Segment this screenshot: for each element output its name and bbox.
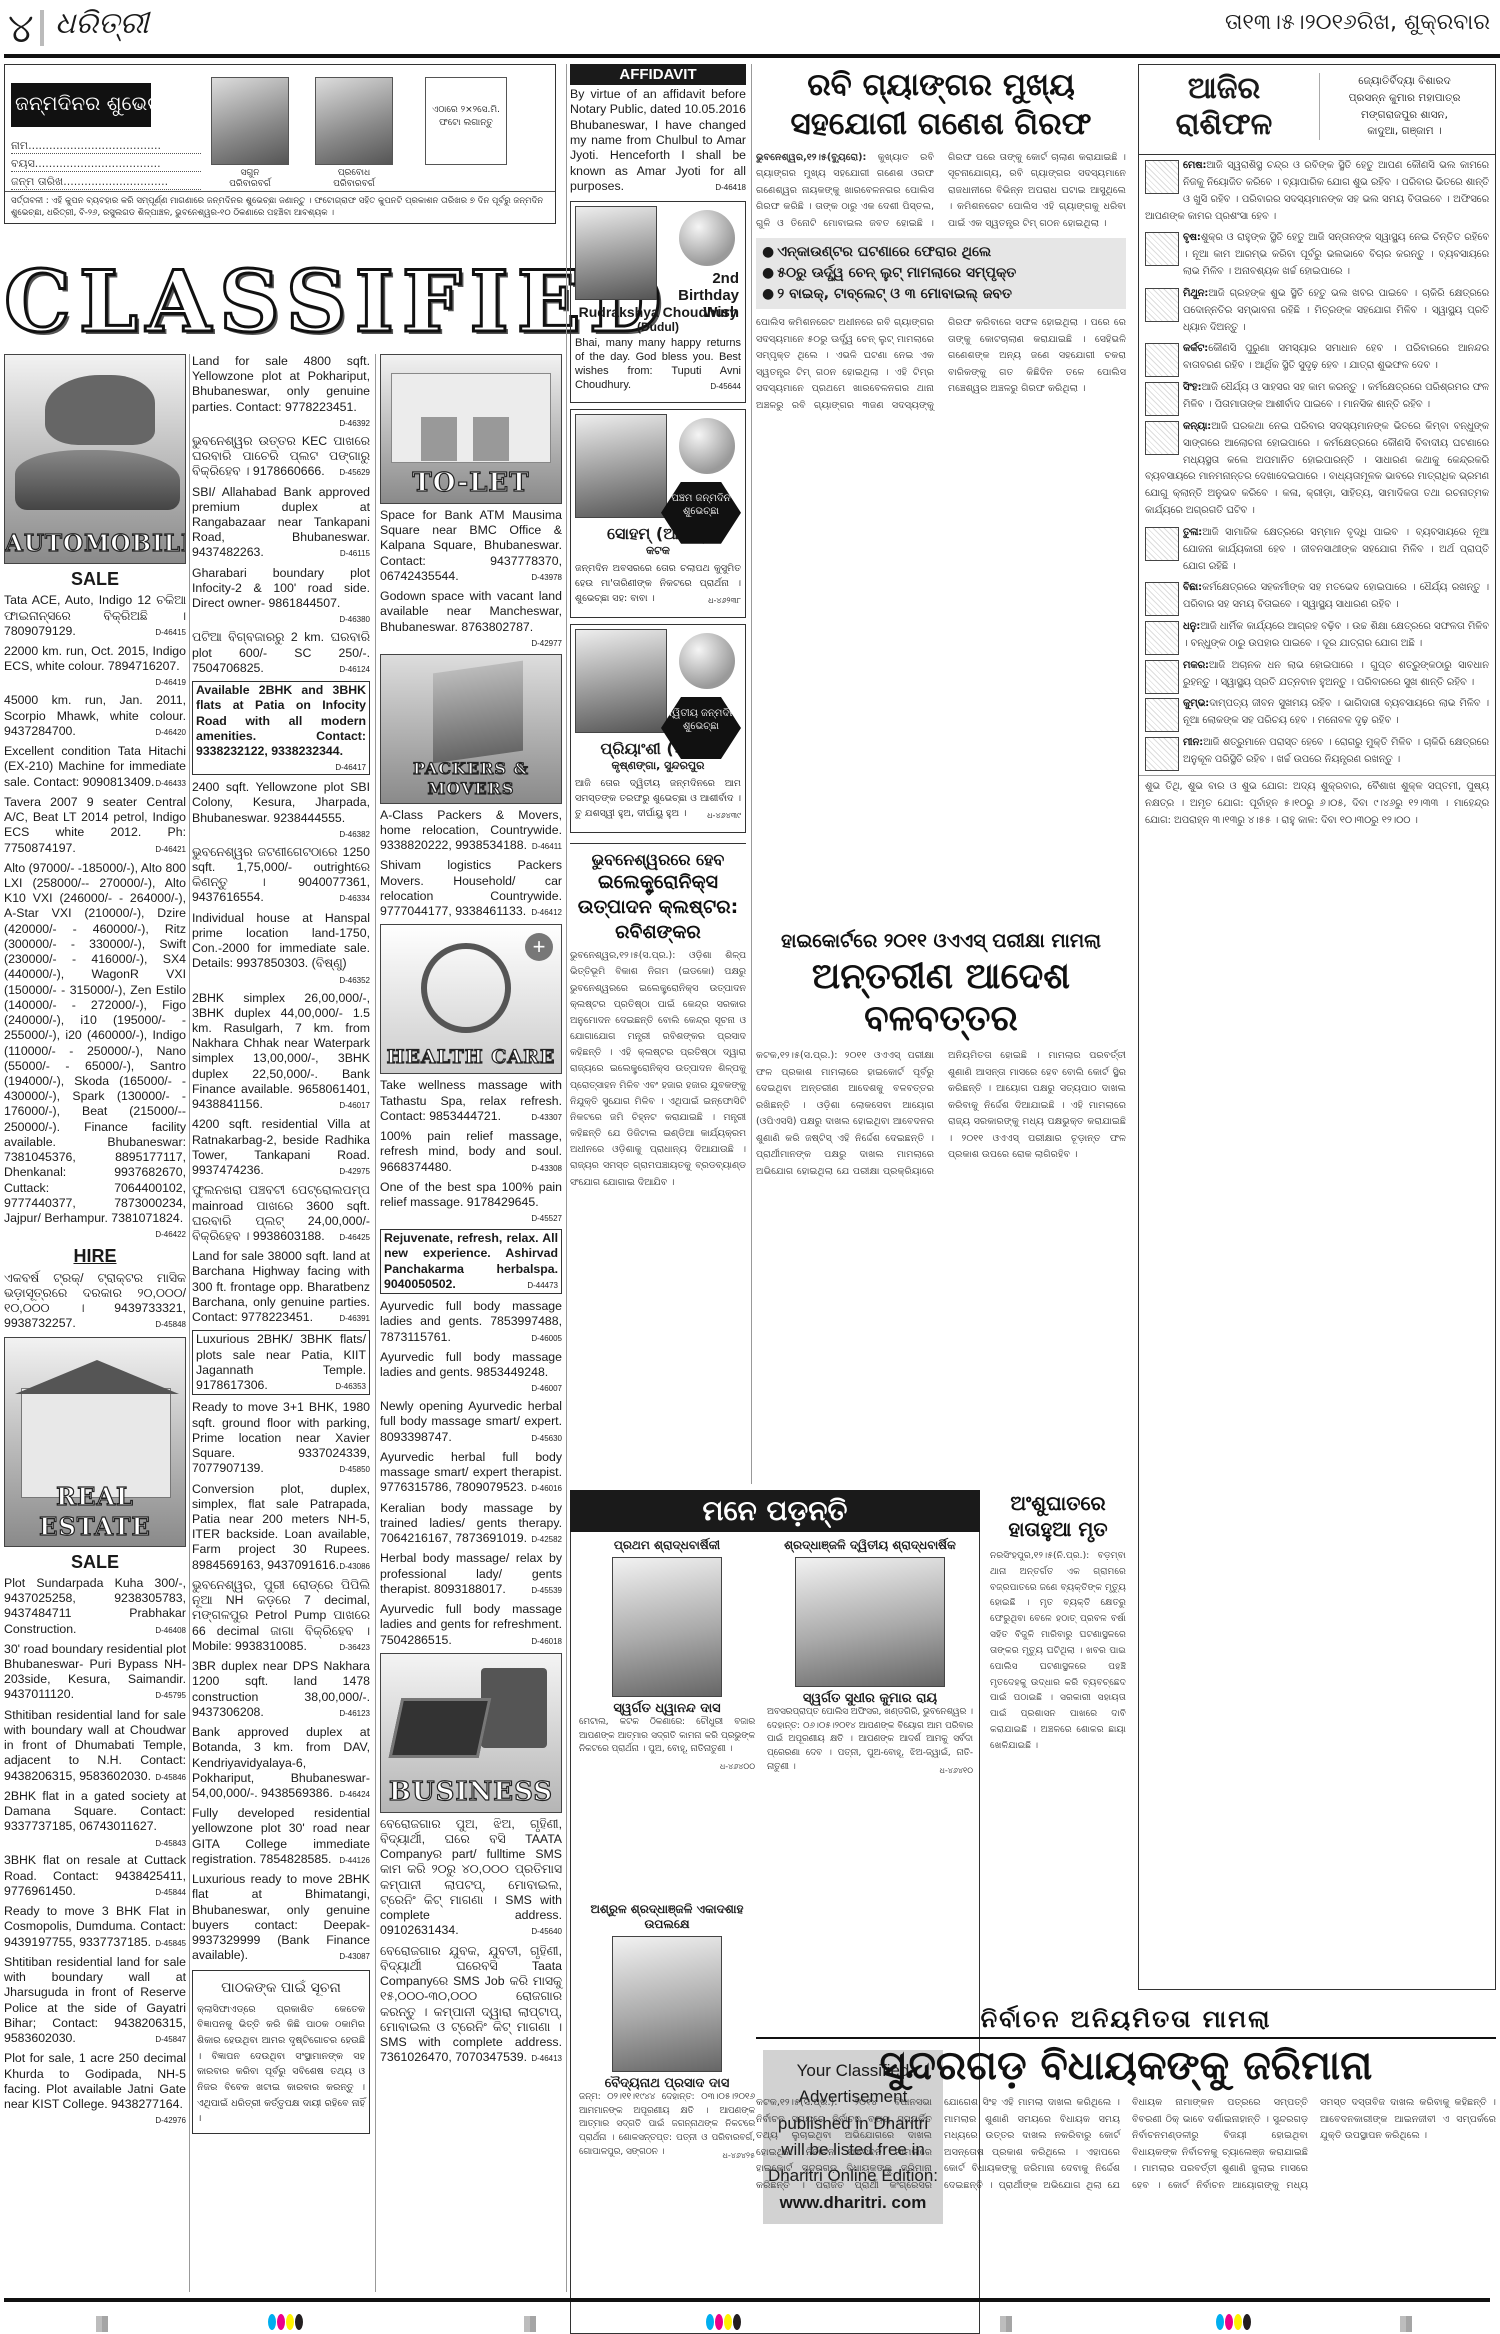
birthday-message: ଜନ୍ମଦିନ ଅବସରରେ ତୋର ଚଲାପଥ କୁସୁମିତ ହେଉ ମା'… [575,561,741,608]
story-headline: ସୁନ୍ଦରଗଡ଼ ବିଧାୟକଙ୍କୁ ଜରିମାନା [756,2037,1496,2089]
classified-ad: One of the best spa 100% pain relief mas… [380,1180,562,1224]
lead-story: ରବି ଗ୍ୟାଙ୍ଗର ମୁଖ୍ୟ ସହଯୋଗୀ ଗଣେଶ ଗିରଫ ଭୁବନ… [756,66,1126,414]
cmyk-registration-dots [268,2314,303,2330]
story-body-continued: ପୋଲିସ କମିଶନରେଟ ଅଧୀନରେ ରବି ଗ୍ୟାଙ୍ଗର ସଦସ୍ୟ… [756,315,1126,414]
classified-ad: A-Class Packers & Movers, home relocatio… [380,808,562,854]
business-banner: BUSINESS [380,1653,562,1813]
affidavit-text: By virtue of an affidavit before Notary … [570,87,746,195]
garage-door [473,417,509,461]
memorial-text: ମେଟାଲ, କଟକ ଠିକଣାରେ: ଚୌଧୁରୀ ବଜାର ଆପଣଙ୍କ ଆ… [579,1716,755,1773]
horoscope-cancer: କର୍କଟ:କୌଣସି ପୁରୁଣା ସମସ୍ୟାର ସମାଧାନ ହେବ । … [1139,338,1495,377]
classified-ad: Ready to move 3 BHK Flat in Cosmopolis, … [4,1904,186,1950]
birthday-wish-card: ପଞ୍ଚମ ଜନ୍ମଦିନ ଶୁଭେଚ୍ଛା ସୋହମ୍ (ଆରବ୍) କଟକ … [570,409,746,618]
birthday-place: କୃଷ୍ଣଙ୍ଗା, ସୁନ୍ଦରପୁର [575,759,741,773]
banner-label: HEALTH CARE [381,1046,561,1070]
registration-mark [524,2316,536,2332]
classified-ad: Keralian body massage by trained ladies/… [380,1501,562,1547]
classified-ad: Shtitiban residential land for sale with… [4,1955,186,2046]
classified-ad: ଭୁବନେଶ୍ୱର ଉତ୍ତର KEC ପାଖରେ ଘରବାରି ପାଚେରି … [192,434,370,480]
stethoscope-icon [421,943,511,1033]
crab-icon [1145,343,1179,377]
classified-ad: Tavera 2007 9 seater Central A/C, Beat L… [4,795,186,856]
to-let-banner: TO-LET [380,354,562,504]
story-headline: ଅନ୍ତରୀଣ ଆଦେଶ ବଳବତ୍ତର [756,956,1126,1040]
memorial-text: ଜନ୍ମ: ୦୨।୧୧।୧୯୪୪ ଦେହାନ୍ତ: ୦୩।୦୫।୨୦୧୬ ଆମମ… [579,2091,755,2162]
memorial-caption: ପ୍ରଥମ ଶ୍ରାଦ୍ଧବାର୍ଷିକୀ [579,1538,755,1553]
horoscope-leo: ସିଂହ:ଆଜି ଧୈର୍ଯ୍ୟ ଓ ସାହସର ସହ କାମ କରନ୍ତୁ ।… [1139,377,1495,416]
water-bearer-icon [1145,698,1179,732]
classified-ad-boxed: Rejuvenate, refresh, relax. All new expe… [380,1229,562,1294]
roof-icon [15,1360,179,1394]
memorial-entry: ଅଶ୍ରୁଳ ଶ୍ରଦ୍ଧାଞ୍ଜଳି ଏକାଦଶାହ ଉପଲକ୍ଷେ ବୈଦ୍… [579,1902,755,2167]
classified-ad: ଭୁବନେଶ୍ୱର, ପୁରୀ ରୋଡ୍‌ରେ ପିପିଲି ନୂଆ NH କଡ… [192,1578,370,1654]
horoscope-aquarius: କୁମ୍ଭ:ଦାମ୍ପତ୍ୟ ଜୀବନ ସୁଖମୟ ରହିବ । ଭାଗିଦାର… [1139,693,1495,732]
classified-ad: Excellent condition Tata Hitachi (EX-210… [4,744,186,790]
birthday-message: ଆଜି ତୋର ଦ୍ୱିତୀୟ ଜନ୍ମଦିନରେ ଆମ ସମସ୍ତଙ୍କ ତର… [575,776,741,823]
classified-ad: Godown space with vacant land available … [380,589,562,649]
side-story: ଭୁବନେଶ୍ୱରରେ ହେବ ଇଲେକ୍ଟ୍ରୋନିକ୍ସ ଉତ୍ପାଦନ କ… [570,843,746,1191]
memorial-name: ସ୍ୱର୍ଗତ ଧ୍ୱାନନ୍ଦ ଦାସ [579,1701,755,1716]
column-divider [375,354,376,2292]
classified-ad: Luxurious ready to move 2BHK flat at Bhi… [192,1872,370,1963]
memorial-header: ମନେ ପଡ଼ନ୍ତି [570,1490,980,1532]
twins-icon [1145,288,1179,322]
birthday-badge: 2ndBirthdayWish [678,270,739,322]
banner-label: TO-LET [381,467,561,499]
horoscope-title: ଆଜିରରାଶିଫଳ [1149,71,1299,143]
story-headline: ଇଲେକ୍ଟ୍ରୋନିକ୍ସ ଉତ୍ପାଦନ କ୍ଲଷ୍ଟର: ରବିଶଙ୍କର [570,870,746,944]
real-estate-banner: REAL ESTATE [4,1337,186,1547]
automobile-banner: AUTOMOBILE [4,354,186,564]
masthead-rule [4,54,1500,58]
classified-ad: Ayurvedic full body massage ladies and g… [380,1350,562,1394]
health-care-banner: + HEALTH CARE [380,924,562,1074]
horoscope-taurus: ବୃଷ:ଶୁକ୍ର ଓ ରାହୁଙ୍କ ସ୍ଥିତି ହେତୁ ଆଜି ସନ୍ତ… [1139,227,1495,283]
classified-ad: Ready to move 3+1 BHK, 1980 sqft. ground… [192,1400,370,1476]
classified-ad: Shivam logistics Packers Movers. Househo… [380,858,562,919]
classified-ad: Individual house at Hanspal prime locati… [192,911,370,986]
story-kicker: ହାଇକୋର୍ଟରେ ୨୦୧୧ ଓଏଏସ୍ ପରୀକ୍ଷା ମାମଲା [756,930,1126,952]
archer-icon [1145,621,1179,655]
house-icon [21,1388,171,1498]
horoscope-scorpio: ବିଛା:କର୍ମକ୍ଷେତ୍ରରେ ସହକର୍ମୀଙ୍କ ସହ ମତଭେଦ ହ… [1139,577,1495,616]
coupon-photo-child [211,77,289,165]
section-heading: SALE [4,1551,186,1573]
goat-icon [1145,660,1179,694]
balloon-icon [679,418,735,474]
plus-icon: + [525,933,553,961]
section-heading: HIRE [4,1245,186,1267]
memorial-entry: ଶ୍ରଦ୍ଧାଞ୍ଜଳି ଦ୍ୱିତୀୟ ଶ୍ରାଦ୍ଧବାର୍ଷିକ ସ୍ୱର… [767,1538,973,1782]
footer-rule [4,2298,1490,2302]
classified-ad: Tata ACE, Auto, Indigo 12 ଚକିଆ ଫାଇନାନ୍ସର… [4,593,186,639]
scorpion-icon [1145,582,1179,616]
page-number: ୪ [8,6,34,52]
personal-notices-column: AFFIDAVIT By virtue of an affidavit befo… [570,64,746,1191]
classified-ad-boxed: Luxurious 2BHK/ 3BHK flats/ plots sale n… [192,1330,370,1395]
memorial-entry: ପ୍ରଥମ ଶ୍ରାଦ୍ଧବାର୍ଷିକୀ ସ୍ୱର୍ଗତ ଧ୍ୱାନନ୍ଦ ଦ… [579,1538,755,1778]
highlight-item: ୫୦ରୁ ଊର୍ଦ୍ଧ୍ୱ ଚେନ୍ ଲୁଟ୍ ମାମଲାରେ ସମ୍ପୃକ୍ତ [762,263,1120,284]
story-body: କଟକ,୧୨।୫(ସ.ପ୍ର.): ୨୦୧୧ ଓଏଏସ୍ ପରୀକ୍ଷା ଫଳ … [756,1048,1126,1180]
classified-ad: Land for sale 4800 sqft. Yellowzone plot… [192,354,370,429]
column-divider [189,354,190,2292]
banner-label: PACKERS & MOVERS [381,759,561,799]
lightning-story: ଅଂଶୁଘାତରେ ହାତାହୁଆ ମୃତ ନରସିଂହପୁର,୧୨।୫(ନି.… [990,1490,1126,1754]
birthday-wish-card: 2ndBirthdayWish Rudrakshya Choudhury (Du… [570,201,746,403]
horoscope-sagittarius: ଧନୁ:ଆଜି ଧାର୍ମିକ କାର୍ଯ୍ୟରେ ଆଗ୍ରହ ବଢ଼ିବ । … [1139,616,1495,655]
story-body: କଟକ,୧୨।୫(ସ.ପ୍ର.): ୨୦୧୪ ବିଧାନସଭା ନିର୍ବାଚନ… [756,2095,1496,2194]
birthday-place: କଟକ [575,544,741,558]
child-photo [575,414,667,518]
horoscope-virgo: କନ୍ୟା:ଆଜି ଘରକଥା ନେଇ ପରିବାର ସଦସ୍ୟମାନଙ୍କ ଭ… [1139,416,1495,522]
maiden-icon [1145,421,1179,455]
coupon-name-field[interactable]: ନାମ.....................................… [11,139,201,154]
affidavit-heading: AFFIDAVIT [570,64,746,85]
truck-icon [433,660,523,763]
highlight-item: ୨ ବାଇକ୍, ଟାବ୍‌ଲେଟ୍ ଓ ୩ ମୋବାଇଲ୍ ଜବତ [762,284,1120,305]
classified-ad: 2BHK simplex 26,00,000/-, 3BHK duplex 44… [192,991,370,1113]
horoscope-header: ଆଜିରରାଶିଫଳ ଜ୍ୟୋତିର୍ବିଦ୍ୟା ବିଶାରଦ ପ୍ରସନ୍ନ… [1139,65,1495,155]
astrologer-credit: ଜ୍ୟୋତିର୍ବିଦ୍ୟା ବିଶାରଦ ପ୍ରସନ୍ନ କୁମାର ମହାପ… [1319,73,1489,140]
car-icon [15,450,180,510]
notice-title: ପାଠକଙ୍କ ପାଇଁ ସୂଚନା [197,1977,365,2000]
classified-ad: Ayurvedic full body massage ladies and g… [380,1602,562,1648]
classified-ad: Take wellness massage with Tathastu Spa,… [380,1078,562,1124]
classified-ad: Ayurvedic herbal full body massage smart… [380,1450,562,1496]
classified-ad: 30' road boundary residential plot Bhuba… [4,1642,186,1703]
memorial-photo [795,1557,945,1687]
coupon-title: ଜନ୍ମଦିନର ଶୁଭେଚ୍ଛା [11,83,151,127]
classified-ad: SBI/ Allahabad Bank approved premium dup… [192,485,370,561]
coupon-age-field[interactable]: ବୟସ.................................... [11,157,201,172]
classified-ad: Plot Sundarpada Kuha 300/-, 9437025258, … [4,1576,186,1637]
memorial-photo [612,1936,722,2072]
story-headline: ରବି ଗ୍ୟାଙ୍ଗର ମୁଖ୍ୟ ସହଯୋଗୀ ଗଣେଶ ଗିରଫ [756,66,1126,144]
coupon-photo-caption: ସଗୁନପରିବାରବର୍ଗ [210,168,290,191]
classified-ad: Alto (97000/- -185000/-), Alto 800 LXI (… [4,861,186,1241]
classified-ad: Herbal body massage/ relax by profession… [380,1551,562,1597]
classified-ad: ଫୁଲନଖରା ପଞ୍ଚବଟୀ ପେଟ୍ରୋଲପମ୍ପ mainroad ପାଖ… [192,1183,370,1244]
classified-ad: Plot for sale, 1 acre 250 decimal Khurda… [4,2051,186,2126]
story-headline: ଅଂଶୁଘାତରେ ହାତାହୁଆ ମୃତ [990,1490,1126,1542]
balloon-icon [679,210,735,266]
house-icon [391,373,551,463]
high-court-story: ହାଇକୋର୍ଟରେ ୨୦୧୧ ଓଏଏସ୍ ପରୀକ୍ଷା ମାମଲା ଅନ୍ତ… [756,930,1126,1180]
garage-door [421,417,457,461]
cmyk-registration-dots [706,2314,741,2330]
memorial-name: ବୈଦ୍ୟନାଥ ପ୍ରସାଦ ଦାସ [579,2076,755,2091]
birthday-message: Bhai, many many happy returns of the day… [575,336,741,393]
memorial-grid: ପ୍ରଥମ ଶ୍ରାଦ୍ଧବାର୍ଷିକୀ ସ୍ୱର୍ଗତ ଧ୍ୱାନନ୍ଦ ଦ… [570,1532,980,2334]
motorbike-icon [45,375,155,445]
memorial-caption: ଅଶ୍ରୁଳ ଶ୍ରଦ୍ଧାଞ୍ଜଳି ଏକାଦଶାହ ଉପଲକ୍ଷେ [579,1902,755,1932]
packers-movers-banner: PACKERS & MOVERS [380,654,562,804]
classified-ad-boxed: Available 2BHK and 3BHK flats at Patia o… [192,681,370,775]
classified-ad: 100% pain relief massage, refresh mind, … [380,1129,562,1175]
column-divider [566,64,567,2292]
memorial-photo [612,1557,722,1697]
reader-notice: ପାଠକଙ୍କ ପାଇଁ ସୂଚନା କ୍ଲାସିଫାଏଡ୍‌ରେ ପ୍ରକାଶ… [192,1970,370,2134]
ram-icon [1145,160,1179,194]
highlight-item: ଏନ୍‌କାଉଣ୍ଟର ଘଟଣାରେ ଫେରାର ଥିଲେ [762,242,1120,263]
coupon-photo-man [315,77,393,165]
child-photo [575,206,657,300]
auspicious-timings: ଶୁଭ ତିଥି, ଶୁଭ ବାର ଓ ଶୁଭ ଯୋଗ: ଅଦ୍ୟ ଶୁକ୍ରବ… [1139,775,1495,832]
classified-ad: 3BR duplex near DPS Nakhara 1200 sqft. l… [192,1659,370,1720]
classified-ad: Space for Bank ATM Mausima Square near B… [380,508,562,584]
fish-icon [1145,737,1179,771]
child-photo [575,629,667,733]
lion-icon [1145,382,1179,416]
story-kicker: ନିର୍ବାଚନ ଅନିୟମିତତା ମାମଲା [756,2005,1496,2033]
classified-ad: Conversion plot, duplex, simplex, flat s… [192,1482,370,1573]
classified-ad: ବେରୋଜଗାର ଯୁବକ, ଯୁବତୀ, ଗୃହିଣୀ, ବିଦ୍ୟାର୍ଥୀ… [380,1944,562,2066]
photo-placeholder-box: ଏଠାରେ ୨×୨ସେ.ମି. ଫଟୋ ଲଗାନ୍ତୁ [425,77,507,165]
story-body: ଭୁବନେଶ୍ୱର,୧୨।୫(ବ୍ୟୁରୋ): କୁଖ୍ୟାତ ରବି ଗ୍ୟା… [756,150,1126,233]
horoscope-libra: ତୁଳା:ଆଜି ସାମାଜିକ କ୍ଷେତ୍ରରେ ସମ୍ମାନ ବୃଦ୍ଧି… [1139,522,1495,578]
coupon-terms: ସର୍ତ୍ତାବଳୀ : ଏହି କୁପନ ବ୍ୟବହାର କରି ସମ୍ପୂର… [5,191,555,223]
classified-ad: 22000 km. run, Oct. 2015, Indigo ECS, wh… [4,644,186,688]
horoscope-capricorn: ମକର:ଆଜି ଅଚାନକ ଧନ ଲାଭ ହୋଇପାରେ । ଗୁପ୍ତ ଶତ୍… [1139,655,1495,694]
registration-mark [96,2316,108,2332]
balloon-icon [679,633,735,689]
horoscope-pisces: ମୀନ:ଆଜି ଶତ୍ରୁମାନେ ପରାସ୍ତ ହେବେ । ରୋଗରୁ ମୁ… [1139,732,1495,771]
birthday-nickname: (Dudul) [575,320,741,334]
birthday-coupon: ଜନ୍ମଦିନର ଶୁଭେଚ୍ଛା ନାମ...................… [4,64,556,224]
classified-ad: 45000 km. run, Jan. 2011, Scorpio Mhawk,… [4,693,186,739]
registration-mark [1400,2316,1412,2332]
cmyk-registration-dots [1216,2314,1251,2330]
banner-label: AUTOMOBILE [5,530,185,559]
masthead-divider [40,10,44,46]
registration-mark [1000,2316,1012,2332]
memorial-caption: ଶ୍ରଦ୍ଧାଞ୍ଜଳି ଦ୍ୱିତୀୟ ଶ୍ରାଦ୍ଧବାର୍ଷିକ [767,1538,973,1553]
notice-text: କ୍ଲାସିଫାଏଡ୍‌ରେ ପ୍ରକାଶିତ କେତେକ ବିଜ୍ଞାପନକୁ… [197,2002,365,2127]
classified-ad: 3BHK flat on resale at Cuttack Road. Con… [4,1853,186,1899]
classified-ad: 2BHK flat in a gated society at Damana S… [4,1789,186,1849]
memorial-section: ମନେ ପଡ଼ନ୍ତି ପ୍ରଥମ ଶ୍ରାଦ୍ଧବାର୍ଷିକୀ ସ୍ୱର୍ଗ… [570,1490,980,2334]
banner-label: REAL ESTATE [5,1482,185,1542]
classified-ad: ଏକବର୍ଷ ଟ୍ରକ୍/ ଟ୍ରାକ୍ଟର ମାସିକ ଭଡ଼ାସୂତ୍ରରେ… [4,1271,186,1332]
classified-ad: ଭୁବନେଶ୍ୱର ଜଟଣୀଗେଟଠାରେ 1250 sqft. 1,75,00… [192,845,370,906]
classified-ad: Gharabari boundary plot Infocity-2 & 100… [192,566,370,626]
memorial-name: ସ୍ୱର୍ଗତ ସୁଧୀର କୁମାର ରାୟ [767,1691,973,1706]
classified-column-2: Land for sale 4800 sqft. Yellowzone plot… [192,354,370,2134]
classified-ad: 4200 sqft. residential Villa at Ratnakar… [192,1117,370,1178]
memorial-text: ଅବସରପ୍ରାପ୍ତ ପୋଲିସ ଅଫିସର, ଖଣ୍ଡଗିରି, ଭୁବନେ… [767,1706,973,1777]
classified-ad: 2400 sqft. Yellowzone plot SBI Colony, K… [192,780,370,840]
classified-ad: Bank approved duplex at Botanda, 3 km. f… [192,1725,370,1801]
classified-ad: Fully developed residential yellowzone p… [192,1806,370,1867]
laptop-icon [389,1698,492,1758]
horoscope-panel: ଆଜିରରାଶିଫଳ ଜ୍ୟୋତିର୍ବିଦ୍ୟା ବିଶାରଦ ପ୍ରସନ୍ନ… [1138,64,1496,1990]
bottom-story: ନିର୍ବାଚନ ଅନିୟମିତତା ମାମଲା ସୁନ୍ଦରଗଡ଼ ବିଧାୟ… [756,2005,1496,2194]
section-heading: SALE [4,568,186,590]
coupon-dob-field[interactable]: ଜନ୍ମ ତାରିଖ.............................. [11,175,201,190]
scales-icon [1145,527,1179,561]
column-divider [751,64,752,1484]
dharitri-url[interactable]: www.dharitri. com [780,2193,927,2212]
classified-ad: Land for sale 38000 sqft. land at Barcha… [192,1249,370,1325]
horoscope-gemini: ମିଥୁନ:ଆଜି ଗ୍ରହଙ୍କ ଶୁଭ ସ୍ଥିତି ହେତୁ ଭଲ ଖବର… [1139,283,1495,339]
classified-column-3: TO-LET Space for Bank ATM Mausima Square… [380,354,562,2070]
bull-icon [1145,232,1179,266]
banner-label: BUSINESS [381,1776,561,1808]
story-highlights: ଏନ୍‌କାଉଣ୍ଟର ଘଟଣାରେ ଫେରାର ଥିଲେ ୫୦ରୁ ଊର୍ଦ୍… [756,238,1126,309]
story-body: ଭୁବନେଶ୍ୱର,୧୨।୫(ସ.ପ୍ର.): ଓଡ଼ିଶା ଶିଳ୍ପ ଭିତ… [570,948,746,1191]
classified-column-1: AUTOMOBILE SALE Tata ACE, Auto, Indigo 1… [4,354,186,2131]
classified-logo: CLASSIFIED [4,252,560,348]
horoscope-aries: ମେଷ:ଆଜି ସ୍ୱରାଶିସ୍ଥ ଚନ୍ଦ୍ର ଓ ରବିଙ୍କ ସ୍ଥିତ… [1139,155,1495,227]
newspaper-logo: ଧରିତ୍ରୀ [55,6,149,41]
coupon-photo-caption: ପ୍ରବୋଧପରିବାରବର୍ଗ [314,168,394,191]
issue-date: ତା୧୩।୫।୨୦୧୬ରିଖ, ଶୁକ୍ରବାର [1225,10,1490,35]
briefcase-icon [481,1668,547,1748]
classified-ad: Sthitiban residential land for sale with… [4,1708,186,1784]
classified-ad: Ayurvedic full body massage ladies and g… [380,1299,562,1345]
story-kicker: ଭୁବନେଶ୍ୱରରେ ହେବ [570,850,746,870]
story-body: ନରସିଂହପୁର,୧୨।୫(ନି.ପ୍ର.): ବଡ଼ମ୍ବା ଥାନା ଅନ… [990,1548,1126,1754]
classified-ad: Newly opening Ayurvedic herbal full body… [380,1399,562,1445]
classified-ad: ବେରୋଜଗାର ପୁଅ, ଝିଅ, ଗୃହିଣୀ, ବିଦ୍ୟାର୍ଥୀ, ଘ… [380,1817,562,1939]
classified-ad: ପଟିଆ ବିଗ୍‌ବଜାରରୁ 2 km. ଘରବାରି plot 600/-… [192,630,370,676]
birthday-wish-card: ଦ୍ୱିତୀୟ ଜନ୍ମଦିନ ଶୁଭେଚ୍ଛା ପ୍ରିୟାଂଶୀ (ସନ୍ଦ… [570,624,746,833]
